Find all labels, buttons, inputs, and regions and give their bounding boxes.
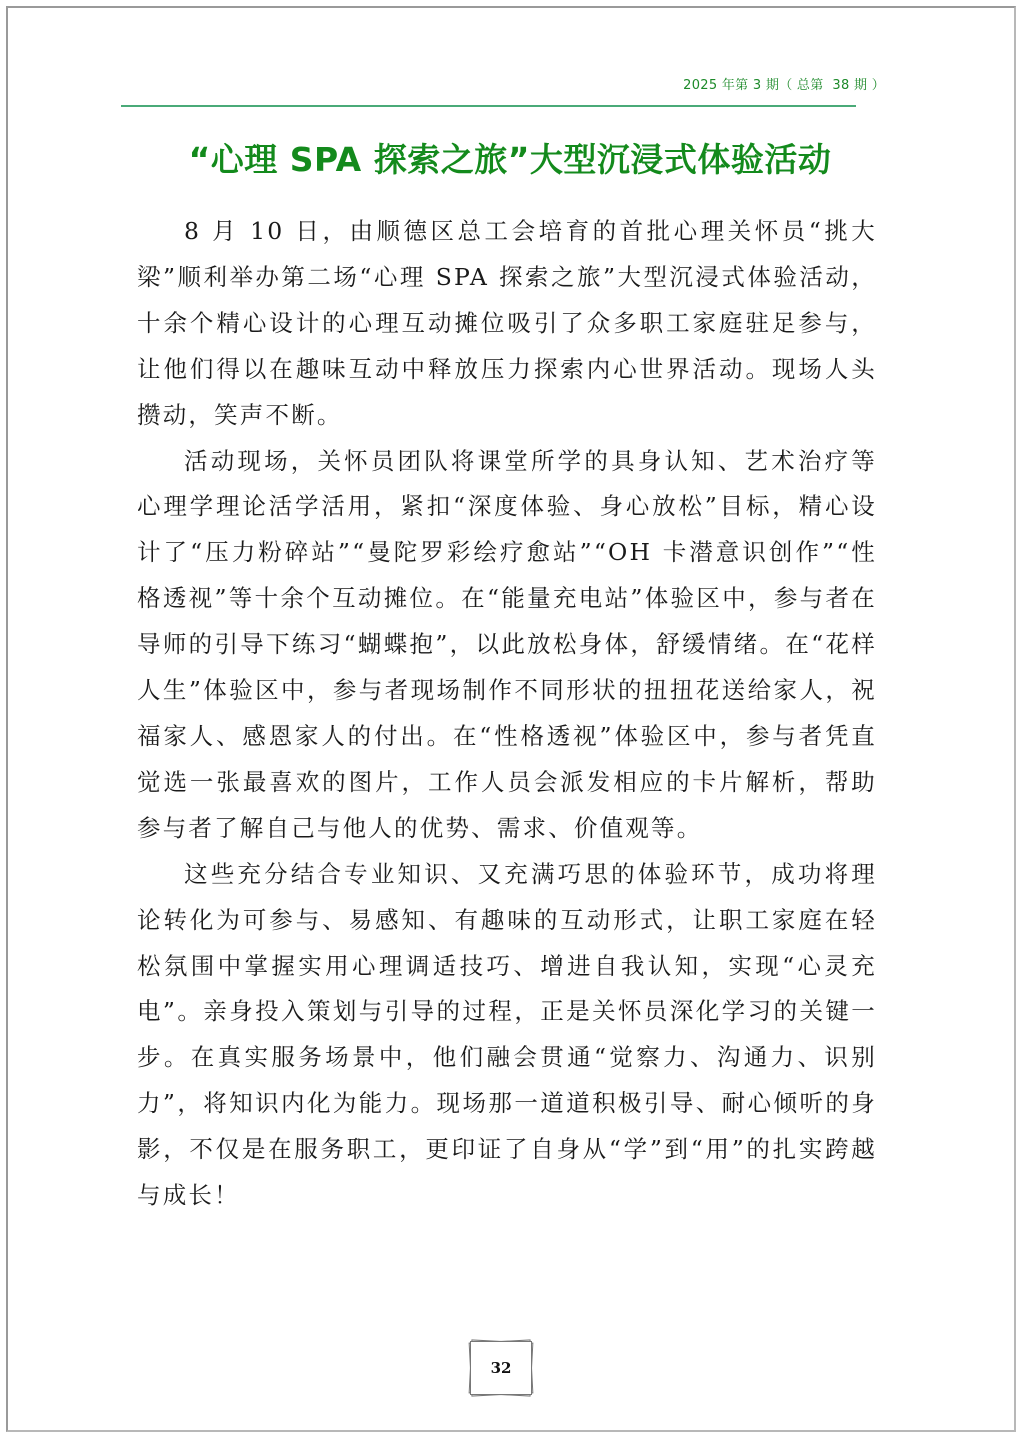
issue-info: 2025 年第 3 期（ 总第 38 期 ）: [600, 74, 885, 93]
paragraph-2: 活动现场，关怀员团队将课堂所学的具身认知、艺术治疗等心理学理论活学活用，紧扣“深…: [137, 439, 877, 852]
page-number-badge: 32: [470, 1341, 532, 1395]
article-body: 8 月 10 日，由顺德区总工会培育的首批心理关怀员“挑大梁”顺利举办第二场“心…: [137, 209, 877, 1219]
article-title: “心理 SPA 探索之旅”大型沉浸式体验活动: [120, 134, 900, 181]
page-number: 32: [470, 1341, 532, 1395]
header-rule: [121, 105, 856, 107]
paragraph-3: 这些充分结合专业知识、又充满巧思的体验环节，成功将理论转化为可参与、易感知、有趣…: [137, 852, 877, 1219]
paragraph-1: 8 月 10 日，由顺德区总工会培育的首批心理关怀员“挑大梁”顺利举办第二场“心…: [137, 209, 877, 439]
